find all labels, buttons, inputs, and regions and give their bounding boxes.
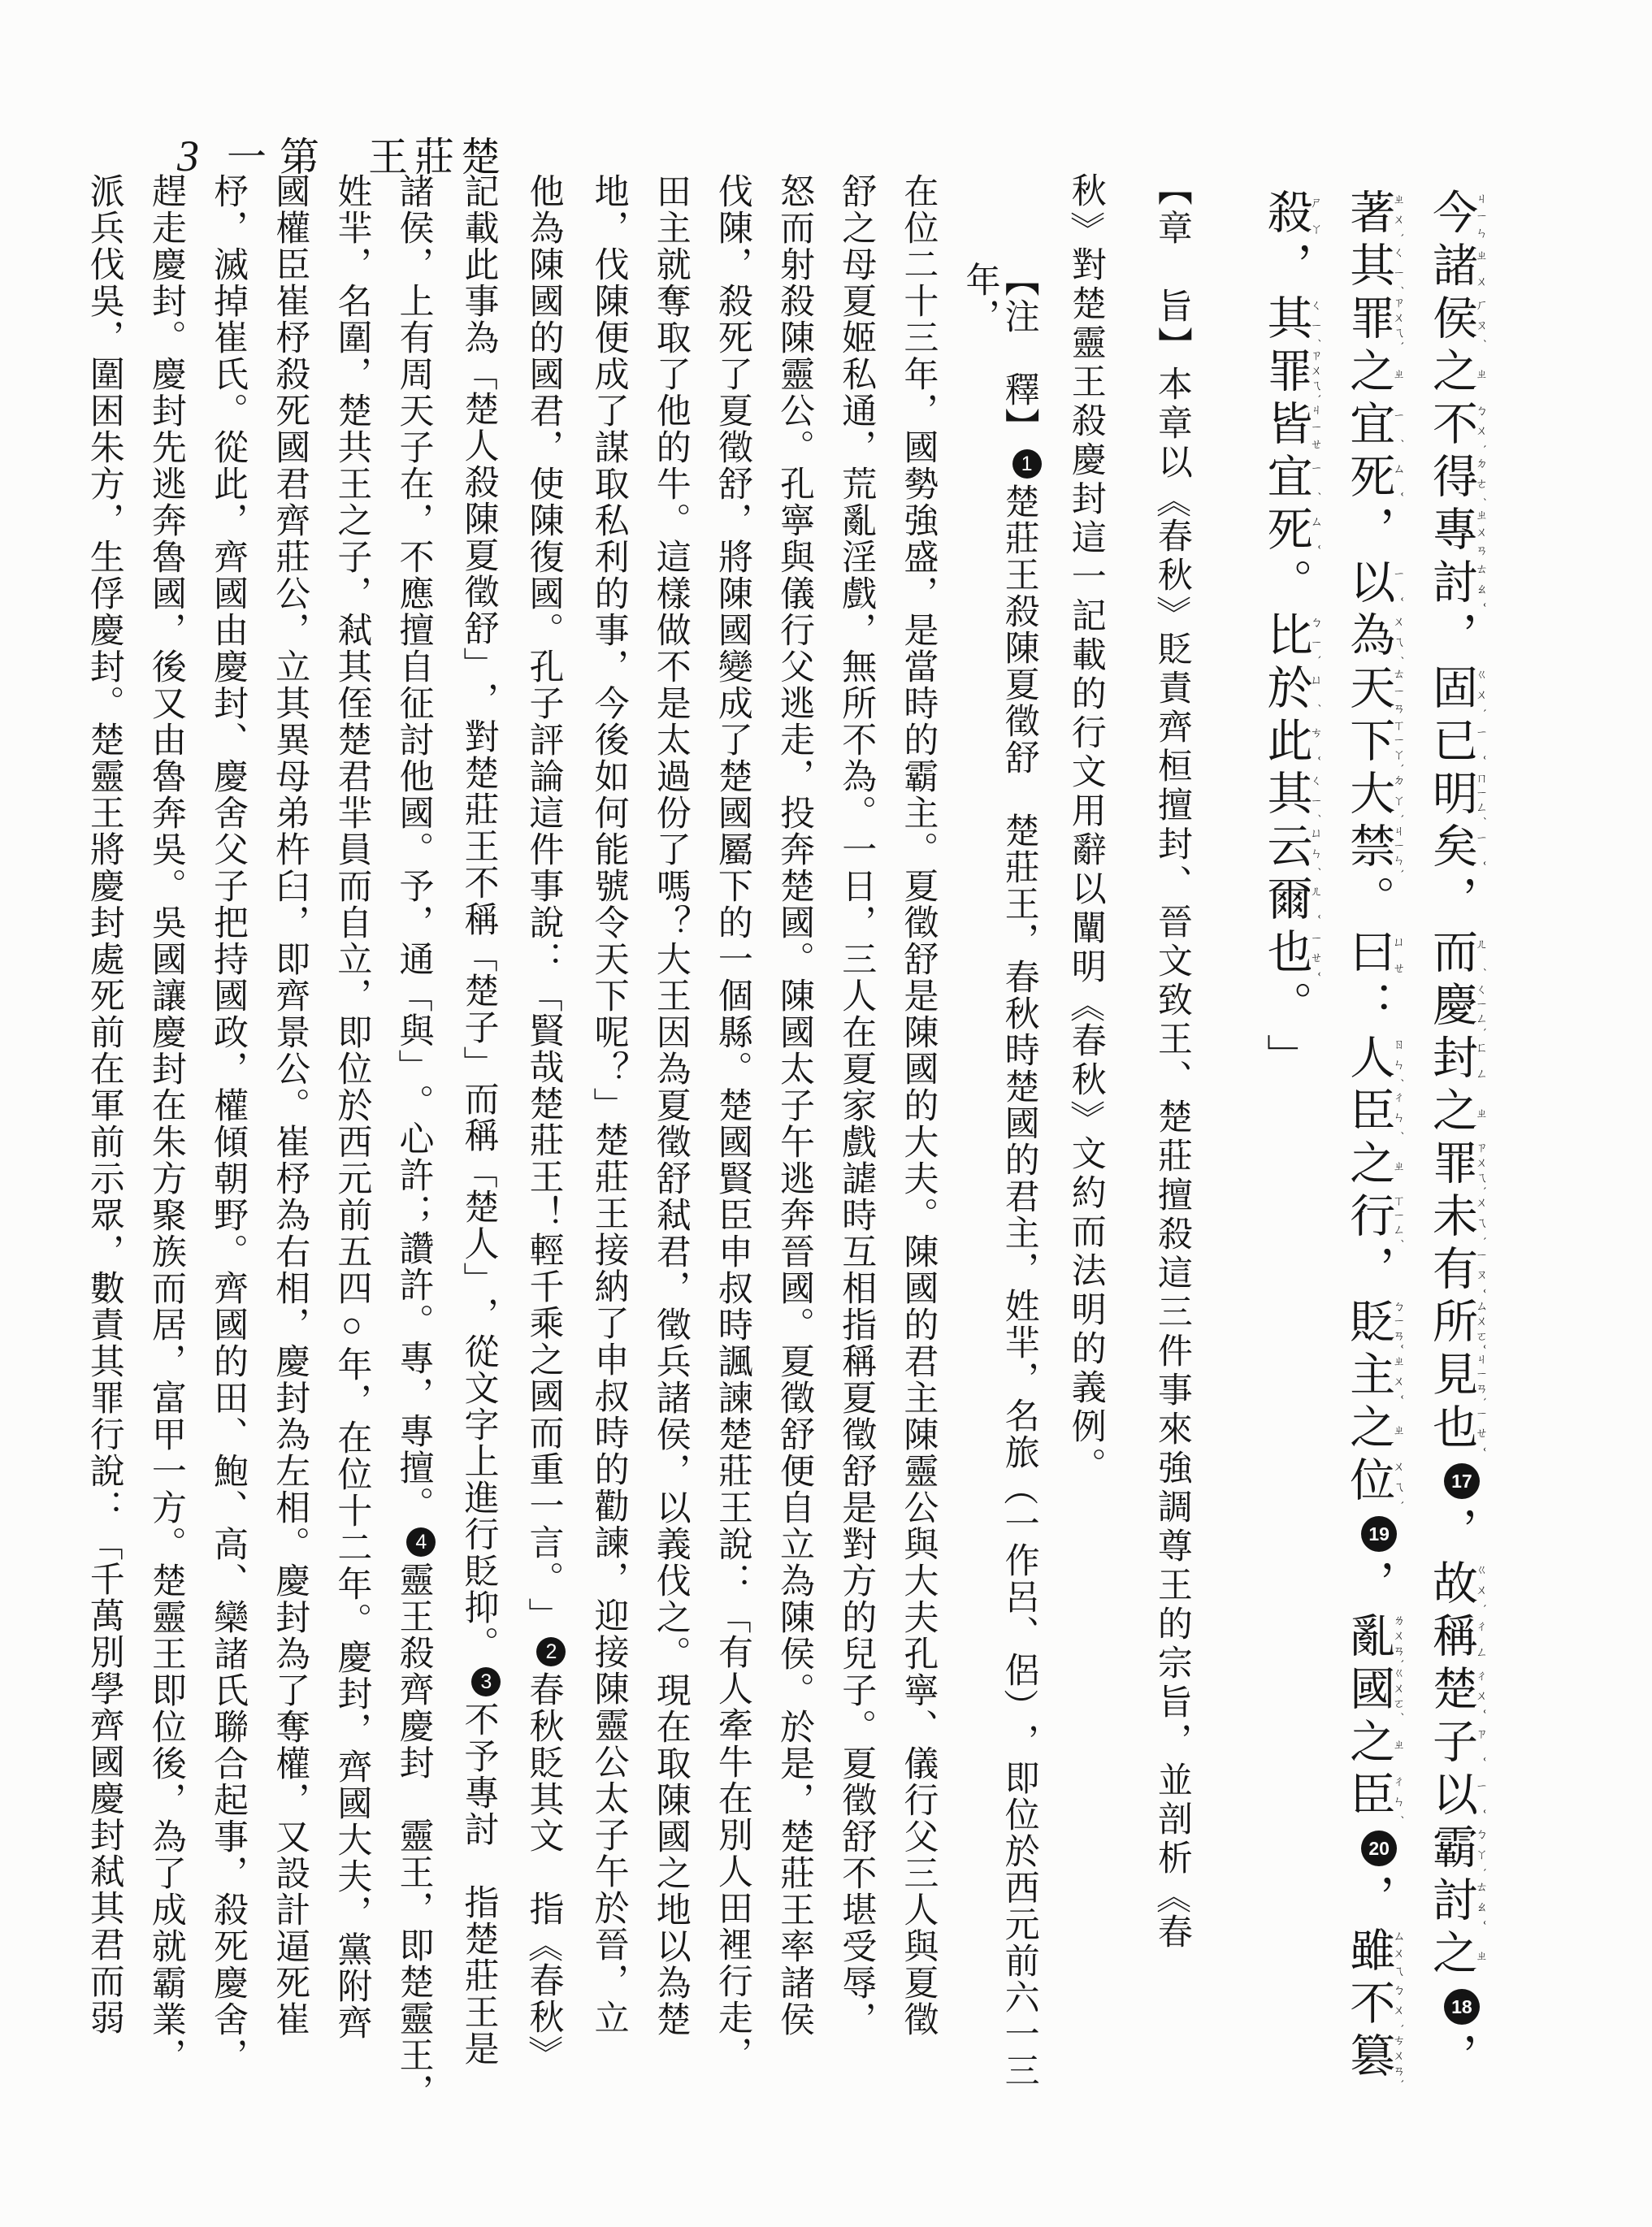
zhushi-column-8: 他為陳國的國君，使陳復國。孔子評論這件事說：「賢哉楚莊王！輕千乘之國而重一言。」… [523, 171, 566, 2121]
main-text-column-1: 今ㄐㄧㄣ諸ㄓㄨ侯ㄏㄡˊ之ㄓ不ㄅㄨˋ得ㄉㄜˊ專ㄓㄨㄢ討ㄊㄠˇ，固ㄍㄨˋ已ㄧˇ明ㄇㄧ… [1425, 171, 1487, 2121]
circled-note-number-17: 17 [1444, 1463, 1480, 1499]
zhushi-column-4: 怒而射殺陳靈公。孔寧與儀行父逃走，投奔楚國。陳國太子午逃奔晉國。夏徵舒便自立為陳… [774, 171, 813, 2121]
zhushi-column-10: 諸侯，上有周天子在，不應擅自征討他國。予，通「與」。心許；讚許。專，專擅。4靈王… [393, 171, 436, 2121]
circled-note-number-18: 18 [1444, 1989, 1480, 2025]
zhangzhi-column-1: 【章 旨】本章以《春秋》貶責齊桓擅封、晉文致王、楚莊擅殺這三件事來強調尊王的宗旨… [1152, 171, 1191, 2121]
book-page: { "header": { "page_number": "3", "chapt… [0, 0, 1652, 2227]
circled-note-number-4: 4 [406, 1527, 436, 1557]
circled-note-number-2: 2 [536, 1637, 566, 1666]
zhangzhi-column-2: 秋》對楚靈王殺慶封這一記載的行文用辭以闡明《春秋》文約而法明的義例。 [1066, 171, 1105, 2121]
zhushi-column-1: 【注 釋】1楚莊王殺陳夏徵舒 楚莊王，春秋時楚國的君主，姓羋，名旅（一作呂、侶）… [960, 171, 1041, 2121]
zhushi-column-9: 記載此事為「楚人殺陳夏徵舒」，對楚莊王不稱「楚子」而稱「楚人」，從文字上進行貶抑… [458, 171, 501, 2121]
main-text-column-3: 殺ㄕㄚ，其ㄑㄧˊ罪ㄗㄨㄟˋ皆ㄐㄧㄝ宜ㄧˊ死ㄙˇ。比ㄅㄧˋ於ㄩˊ此ㄘˇ其ㄑㄧˊ云ㄩ… [1260, 171, 1322, 2121]
zhushi-column-5: 伐陳，殺死了夏徵舒，將陳國變成了楚國屬下的一個縣。楚國賢臣申叔時諷諫楚莊王說：「… [713, 171, 752, 2121]
zhushi-column-11: 姓羋，名圍，楚共王之子，弒其侄楚君羋員而自立，即位於西元前五四○年，在位十二年。… [332, 171, 371, 2121]
zhushi-column-3: 舒之母夏姬私通，荒亂淫戲，無所不為。一日，三人在夏家戲謔時互相指稱夏徵舒是對方的… [836, 171, 875, 2121]
zhushi-column-13: 杼，滅掉崔氏。從此，齊國由慶封、慶舍父子把持國政，權傾朝野。齊國的田、鮑、高、欒… [208, 171, 247, 2121]
zhushi-column-15: 派兵伐吳，圍困朱方，生俘慶封。楚靈王將慶封處死前在軍前示眾，數責其罪行說：「千萬… [85, 171, 124, 2121]
circled-note-number-19: 19 [1361, 1516, 1397, 1552]
zhushi-column-7: 地，伐陳便成了謀取私利的事，今後如何能號令天下呢？」楚莊王接納了申叔時的勸諫，迎… [588, 171, 627, 2121]
circled-note-number-3: 3 [471, 1667, 501, 1696]
zhushi-column-12: 國權臣崔杼殺死國君齊莊公，立其異母弟杵臼，即齊景公。崔杼為右相，慶封為左相。慶封… [270, 171, 309, 2121]
main-text-column-2: 著ㄓㄨˋ其ㄑㄧˊ罪ㄗㄨㄟˋ之ㄓ宜ㄧˊ死ㄙˇ，以ㄧˇ為ㄨㄟˊ天ㄊㄧㄢ下ㄒㄧㄚˋ大ㄉ… [1343, 171, 1405, 2121]
circled-note-number-1: 1 [1012, 449, 1042, 479]
zhushi-column-6: 田主就奪取了他的牛。這樣做不是太過份了嗎？大王因為夏徵舒弒君，徵兵諸侯，以義伐之… [651, 171, 690, 2121]
zhushi-column-14: 趕走慶封。慶封先逃奔魯國，後又由魯奔吳。吳國讓慶封在朱方聚族而居，富甲一方。楚靈… [146, 171, 185, 2121]
page-body: 今ㄐㄧㄣ諸ㄓㄨ侯ㄏㄡˊ之ㄓ不ㄅㄨˋ得ㄉㄜˊ專ㄓㄨㄢ討ㄊㄠˇ，固ㄍㄨˋ已ㄧˇ明ㄇㄧ… [85, 171, 1487, 2121]
zhushi-column-2: 在位二十三年，國勢強盛，是當時的霸主。夏徵舒是陳國的大夫。陳國的君主陳靈公與大夫… [898, 171, 937, 2121]
circled-note-number-20: 20 [1361, 1831, 1397, 1866]
